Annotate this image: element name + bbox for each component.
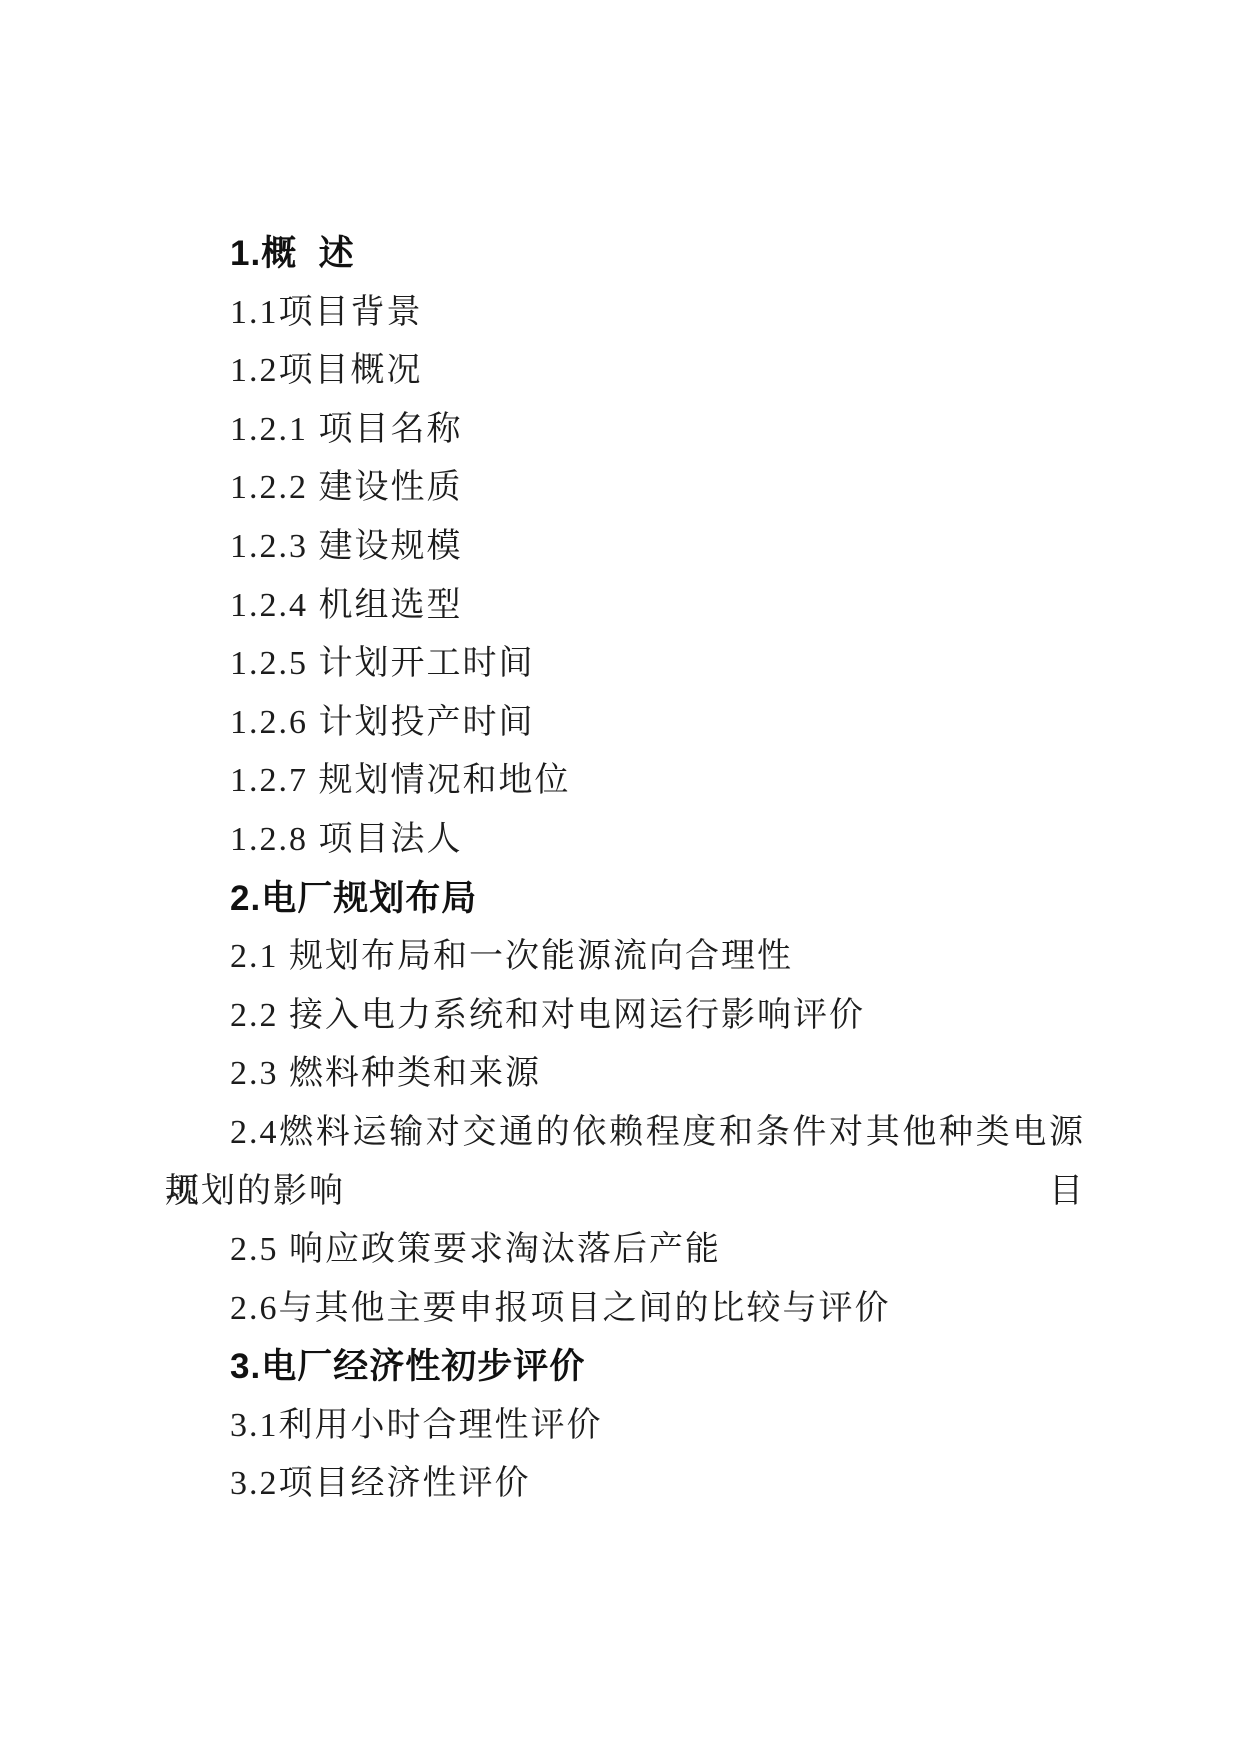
toc-entry: 1.2.2 建设性质	[165, 459, 1085, 518]
toc-entry: 1.2.3 建设规模	[165, 518, 1085, 577]
toc-entry: 1.1项目背景	[165, 284, 1085, 343]
document-page: 1.概 述1.1项目背景1.2项目概况1.2.1 项目名称1.2.2 建设性质1…	[0, 0, 1240, 1753]
section-heading: 1.概 述	[165, 225, 1085, 284]
toc-entry: 2.1 规划布局和一次能源流向合理性	[165, 928, 1085, 987]
toc-entry: 2.6与其他主要申报项目之间的比较与评价	[165, 1280, 1085, 1339]
toc-entry: 2.2 接入电力系统和对电网运行影响评价	[165, 987, 1085, 1046]
toc-entry: 1.2.5 计划开工时间	[165, 635, 1085, 694]
toc-entry: 1.2项目概况	[165, 342, 1085, 401]
section-heading: 2.电厂规划布局	[165, 870, 1085, 929]
toc-entry: 2.3 燃料种类和来源	[165, 1045, 1085, 1104]
toc-entry: 1.2.6 计划投产时间	[165, 694, 1085, 753]
toc-entry: 2.4燃料运输对交通的依赖程度和条件对其他种类电源项目	[165, 1104, 1085, 1163]
toc-entry: 3.2项目经济性评价	[165, 1455, 1085, 1514]
toc-entry: 1.2.7 规划情况和地位	[165, 752, 1085, 811]
table-of-contents: 1.概 述1.1项目背景1.2项目概况1.2.1 项目名称1.2.2 建设性质1…	[165, 225, 1085, 1514]
toc-entry: 2.5 响应政策要求淘汰落后产能	[165, 1221, 1085, 1280]
toc-entry: 1.2.1 项目名称	[165, 401, 1085, 460]
toc-entry: 1.2.8 项目法人	[165, 811, 1085, 870]
toc-entry: 1.2.4 机组选型	[165, 577, 1085, 636]
toc-entry: 3.1利用小时合理性评价	[165, 1397, 1085, 1456]
section-heading: 3.电厂经济性初步评价	[165, 1338, 1085, 1397]
